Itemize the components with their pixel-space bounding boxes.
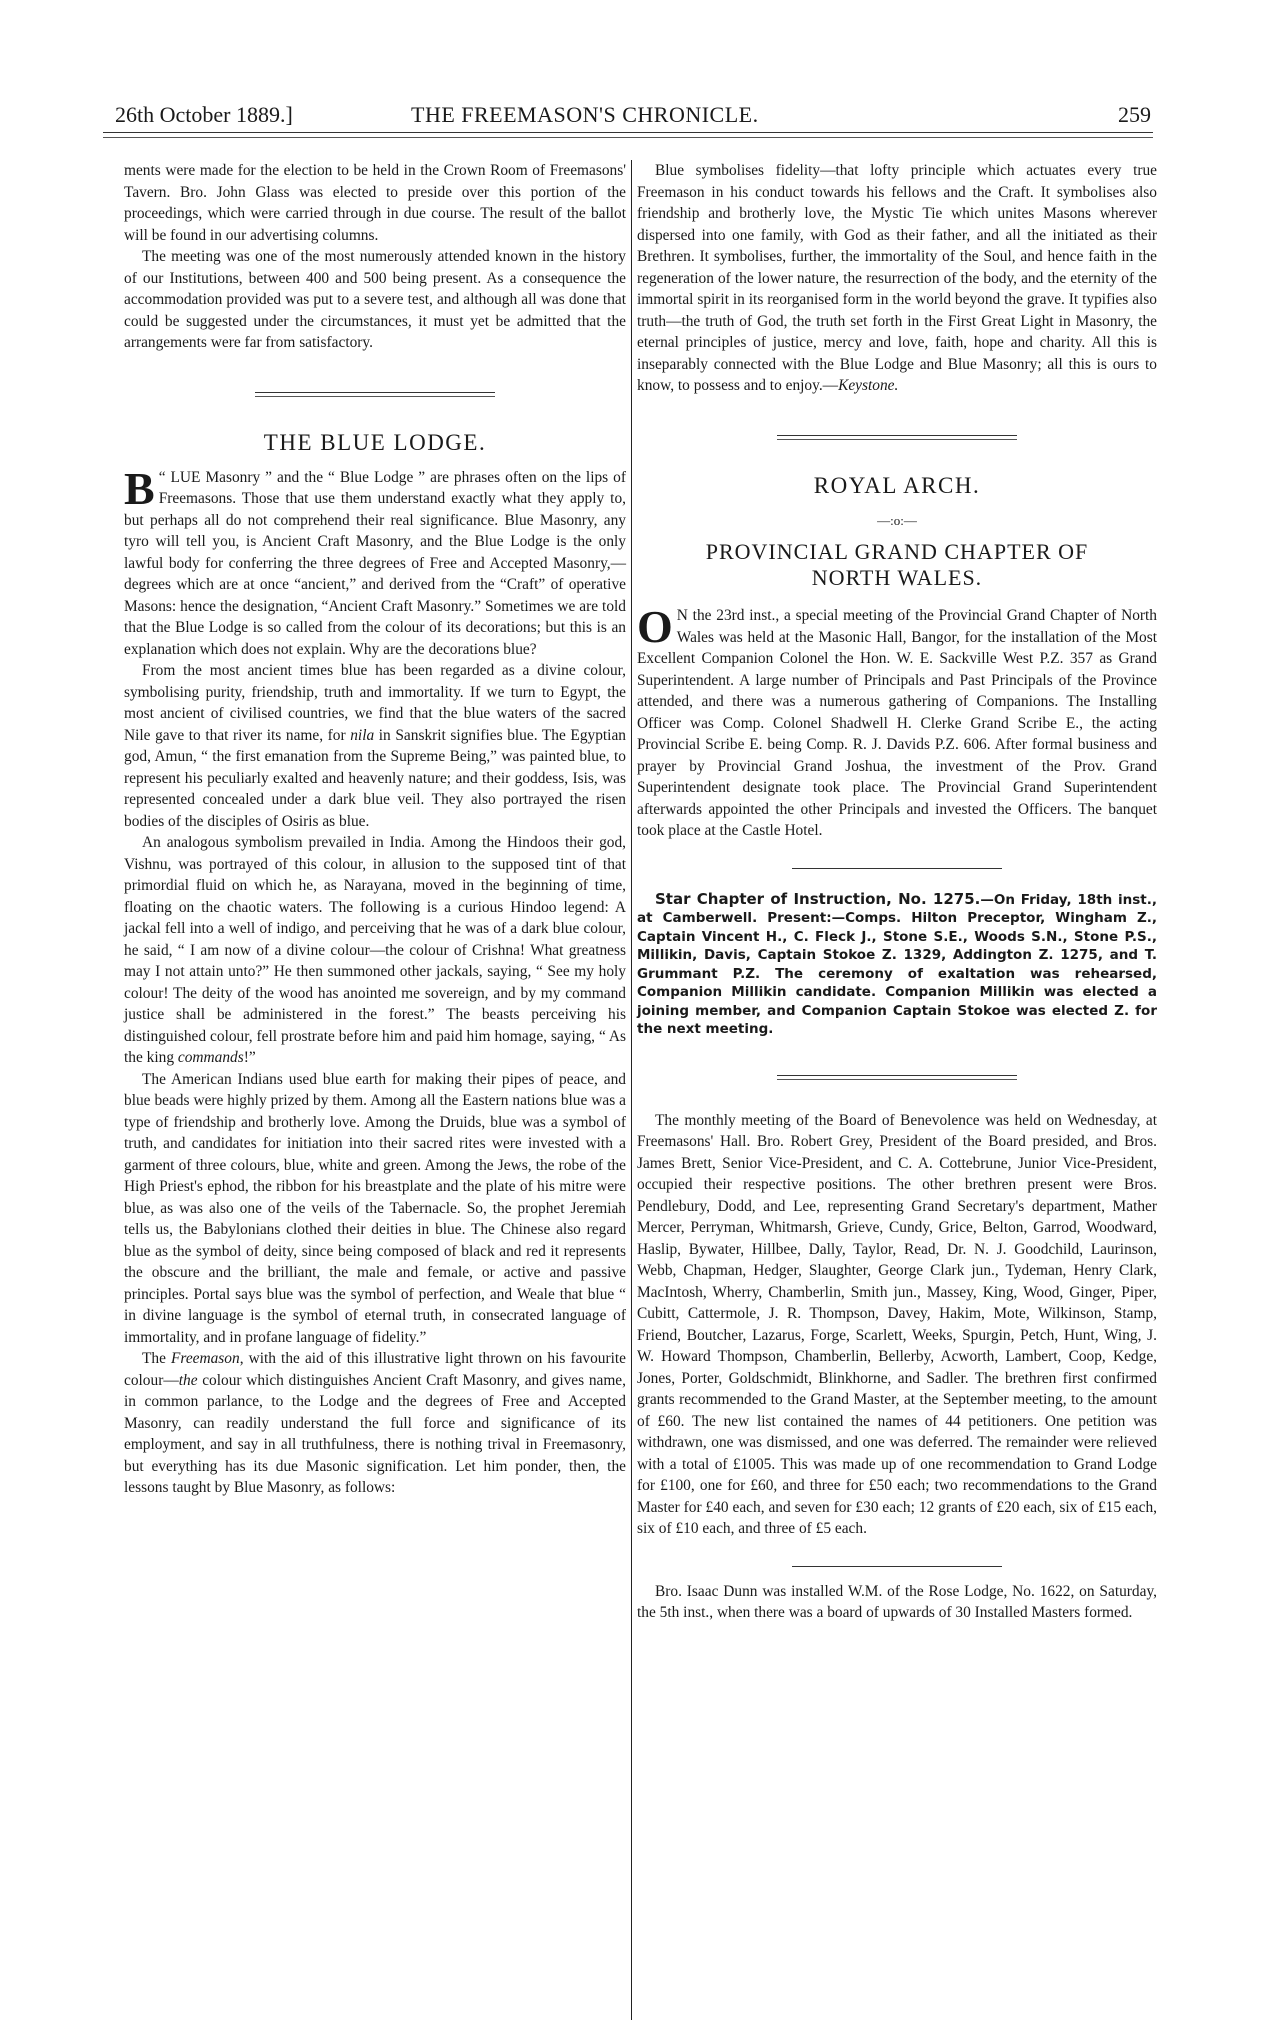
- article-paragraph: “ BLUE Masonry ” and the “ Blue Lodge ” …: [124, 467, 626, 661]
- paragraph-text: 18th inst., at Camberwell. Present:—Comp…: [637, 892, 1157, 1038]
- italic-word: nila: [350, 727, 374, 744]
- article-heading-royal-arch: ROYAL ARCH.: [637, 472, 1157, 500]
- article-paragraph: The Freemason, with the aid of this illu…: [124, 1348, 626, 1499]
- drop-cap: O: [637, 607, 673, 647]
- section-divider: [792, 1566, 1002, 1567]
- continued-paragraph: ments were made for the election to be h…: [124, 160, 626, 246]
- italic-word: the: [179, 1372, 198, 1389]
- italic-word: commands: [178, 1049, 244, 1066]
- star-chapter-notice: Star Chapter of Instruction, No. 1275.—O…: [637, 891, 1157, 1039]
- italic-word: Freemason: [171, 1350, 240, 1367]
- page-header: 26th October 1889.] THE FREEMASON'S CHRO…: [103, 100, 1153, 130]
- section-divider: [777, 1075, 1017, 1080]
- runin-title: Star Chapter of Instruction, No. 1275.: [655, 890, 980, 908]
- section-divider: [777, 435, 1017, 440]
- paragraph-text: !”: [244, 1049, 256, 1066]
- subheading-line: PROVINCIAL GRAND CHAPTER OF: [706, 539, 1089, 564]
- subheading-line: NORTH WALES.: [812, 565, 982, 590]
- paragraph-text: colour which distinguishes Ancient Craft…: [124, 1372, 626, 1497]
- page-number: 259: [1118, 100, 1151, 130]
- paragraph-text: N the 23rd inst., a special meeting of t…: [637, 607, 1157, 839]
- subheading-provincial-grand-chapter: PROVINCIAL GRAND CHAPTER OFNORTH WALES.: [637, 539, 1157, 591]
- header-double-rule: [103, 132, 1153, 138]
- paragraph-text: Blue symbolises fidelity—that lofty prin…: [637, 162, 1157, 394]
- article-paragraph: ON the 23rd inst., a special meeting of …: [637, 605, 1157, 842]
- article-paragraph: The American Indians used blue earth for…: [124, 1069, 626, 1349]
- source-attribution: Keystone.: [838, 377, 898, 394]
- paragraph-text: The American Indians used blue earth for…: [124, 1071, 626, 1346]
- board-of-benevolence-report: The monthly meeting of the Board of Bene…: [637, 1110, 1157, 1540]
- issue-date: 26th October 1889.]: [115, 100, 293, 130]
- article-paragraph: From the most ancient times blue has bee…: [124, 660, 626, 832]
- article-heading-blue-lodge: THE BLUE LODGE.: [124, 429, 626, 457]
- paragraph-text: The: [142, 1350, 171, 1367]
- paragraph-text: An analogous symbolism prevailed in Indi…: [124, 834, 626, 1066]
- section-divider: [792, 868, 1002, 869]
- column-divider: [631, 160, 632, 2020]
- rose-lodge-notice: Bro. Isaac Dunn was installed W.M. of th…: [637, 1581, 1157, 1624]
- runin-date: —On Friday,: [980, 892, 1071, 908]
- opening-quote: “: [159, 469, 171, 486]
- article-paragraph: An analogous symbolism prevailed in Indi…: [124, 832, 626, 1069]
- continued-paragraph: The meeting was one of the most numerous…: [124, 246, 626, 354]
- left-column: ments were made for the election to be h…: [124, 160, 626, 1499]
- drop-cap: B: [124, 469, 155, 509]
- right-column: Blue symbolises fidelity—that lofty prin…: [637, 160, 1157, 1624]
- publication-title: THE FREEMASON'S CHRONICLE.: [411, 100, 759, 130]
- paragraph-text: LUE Masonry ” and the “ Blue Lodge ” are…: [124, 469, 626, 658]
- ornamental-separator: —:o:—: [637, 510, 1157, 532]
- section-divider: [255, 392, 495, 397]
- article-paragraph: Blue symbolises fidelity—that lofty prin…: [637, 160, 1157, 397]
